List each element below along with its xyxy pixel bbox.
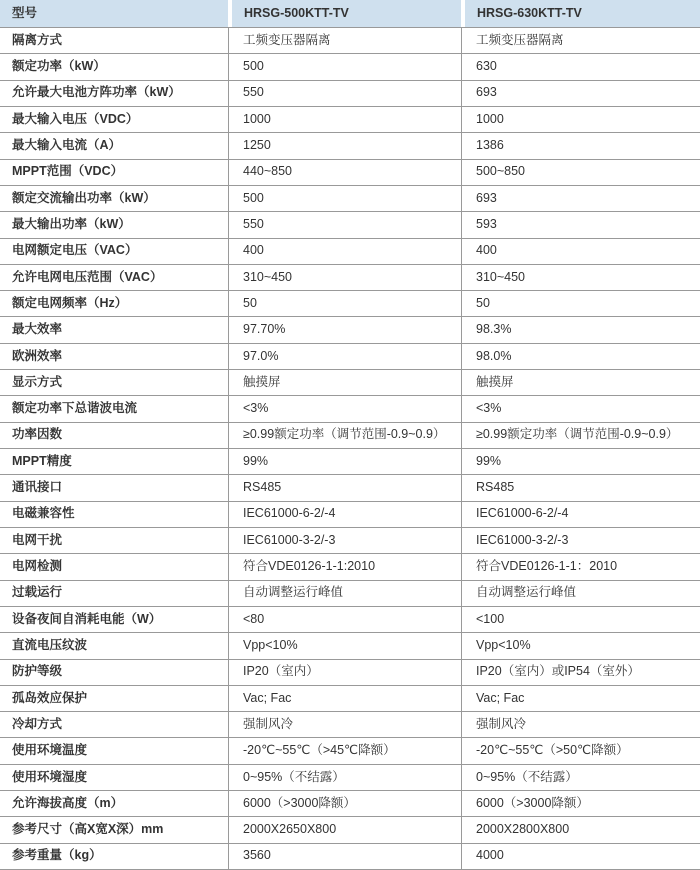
spec-value-630ktt: 693 (461, 81, 700, 106)
table-row: 欧洲效率 97.0% 98.0% (0, 344, 700, 370)
spec-label: 额定功率下总谐波电流 (0, 396, 228, 421)
spec-value-630ktt: 2000X2800X800 (461, 817, 700, 842)
spec-label: 直流电压纹波 (0, 633, 228, 658)
spec-sheet-page: 型号 HRSG-500KTT-TV HRSG-630KTT-TV 隔离方式 工频… (0, 0, 700, 870)
spec-label: 最大效率 (0, 317, 228, 342)
spec-value-630ktt: 98.0% (461, 344, 700, 369)
spec-value-500ktt: 2000X2650X800 (228, 817, 461, 842)
spec-value-500ktt: Vpp<10% (228, 633, 461, 658)
spec-label: 允许最大电池方阵功率（kW） (0, 81, 228, 106)
spec-value-500ktt: IEC61000-3-2/-3 (228, 528, 461, 553)
table-row: 直流电压纹波 Vpp<10% Vpp<10% (0, 633, 700, 659)
table-row: 防护等级 IP20（室内） IP20（室内）或IP54（室外） (0, 660, 700, 686)
table-row: 允许最大电池方阵功率（kW） 550 693 (0, 81, 700, 107)
spec-label: 参考重量（kg） (0, 844, 228, 869)
spec-value-500ktt: 310~450 (228, 265, 461, 290)
table-row: 允许电网电压范围（VAC） 310~450 310~450 (0, 265, 700, 291)
spec-value-630ktt: 1386 (461, 133, 700, 158)
spec-label: MPPT范围（VDC） (0, 160, 228, 185)
table-row: 参考重量（kg） 3560 4000 (0, 844, 700, 870)
spec-label: 防护等级 (0, 660, 228, 685)
table-row: 电网干扰 IEC61000-3-2/-3 IEC61000-3-2/-3 (0, 528, 700, 554)
spec-value-630ktt: 310~450 (461, 265, 700, 290)
spec-value-500ktt: 97.70% (228, 317, 461, 342)
spec-label: 最大输入电流（A） (0, 133, 228, 158)
spec-value-630ktt: 6000（>3000降额） (461, 791, 700, 816)
table-row: 孤岛效应保护 Vac; Fac Vac; Fac (0, 686, 700, 712)
table-row: 最大输入电压（VDC） 1000 1000 (0, 107, 700, 133)
table-body: 隔离方式 工频变压器隔离 工频变压器隔离 额定功率（kW） 500 630 允许… (0, 28, 700, 870)
spec-value-630ktt: <100 (461, 607, 700, 632)
table-row: 显示方式 触摸屏 触摸屏 (0, 370, 700, 396)
spec-label: 允许海拔高度（m） (0, 791, 228, 816)
spec-value-500ktt: 1250 (228, 133, 461, 158)
spec-label: 通讯接口 (0, 475, 228, 500)
spec-value-630ktt: Vpp<10% (461, 633, 700, 658)
spec-label: 使用环境温度 (0, 738, 228, 763)
spec-label: 设备夜间自消耗电能（W） (0, 607, 228, 632)
spec-value-500ktt: 1000 (228, 107, 461, 132)
spec-label: 允许电网电压范围（VAC） (0, 265, 228, 290)
spec-value-630ktt: IEC61000-3-2/-3 (461, 528, 700, 553)
spec-value-500ktt: RS485 (228, 475, 461, 500)
spec-value-500ktt: 50 (228, 291, 461, 316)
table-row: 最大输出功率（kW） 550 593 (0, 212, 700, 238)
table-row: 允许海拔高度（m） 6000（>3000降额） 6000（>3000降额） (0, 791, 700, 817)
table-row: 电网检测 符合VDE0126-1-1:2010 符合VDE0126-1-1：20… (0, 554, 700, 580)
spec-value-500ktt: 3560 (228, 844, 461, 869)
table-row: MPPT精度 99% 99% (0, 449, 700, 475)
spec-value-500ktt: 0~95%（不结露） (228, 765, 461, 790)
spec-value-500ktt: IP20（室内） (228, 660, 461, 685)
spec-value-630ktt: 0~95%（不结露） (461, 765, 700, 790)
table-row: 额定功率下总谐波电流 <3% <3% (0, 396, 700, 422)
spec-label: 使用环境湿度 (0, 765, 228, 790)
spec-value-630ktt: 693 (461, 186, 700, 211)
table-header-row: 型号 HRSG-500KTT-TV HRSG-630KTT-TV (0, 0, 700, 28)
spec-value-500ktt: <80 (228, 607, 461, 632)
spec-value-500ktt: -20℃~55℃（>45℃降额） (228, 738, 461, 763)
spec-value-500ktt: 自动调整运行峰值 (228, 581, 461, 606)
spec-value-630ktt: RS485 (461, 475, 700, 500)
spec-value-630ktt: 400 (461, 239, 700, 264)
spec-value-630ktt: 符合VDE0126-1-1：2010 (461, 554, 700, 579)
spec-label: MPPT精度 (0, 449, 228, 474)
spec-value-630ktt: -20℃~55℃（>50℃降额） (461, 738, 700, 763)
spec-label: 欧洲效率 (0, 344, 228, 369)
spec-value-500ktt: 550 (228, 212, 461, 237)
spec-value-500ktt: 97.0% (228, 344, 461, 369)
spec-label: 额定功率（kW） (0, 54, 228, 79)
spec-value-500ktt: 440~850 (228, 160, 461, 185)
table-row: 最大输入电流（A） 1250 1386 (0, 133, 700, 159)
spec-value-630ktt: 1000 (461, 107, 700, 132)
spec-value-630ktt: 4000 (461, 844, 700, 869)
spec-value-630ktt: 工频变压器隔离 (461, 28, 700, 53)
spec-value-500ktt: Vac; Fac (228, 686, 461, 711)
spec-label: 隔离方式 (0, 28, 228, 53)
spec-label: 过载运行 (0, 581, 228, 606)
spec-label: 电网额定电压（VAC） (0, 239, 228, 264)
table-row: 最大效率 97.70% 98.3% (0, 317, 700, 343)
spec-label: 参考尺寸（高X宽X深）mm (0, 817, 228, 842)
spec-value-630ktt: IP20（室内）或IP54（室外） (461, 660, 700, 685)
spec-value-630ktt: IEC61000-6-2/-4 (461, 502, 700, 527)
spec-value-630ktt: ≥0.99额定功率（调节范围-0.9~0.9） (461, 423, 700, 448)
spec-value-630ktt: 自动调整运行峰值 (461, 581, 700, 606)
spec-value-630ktt: 强制风冷 (461, 712, 700, 737)
spec-label: 功率因数 (0, 423, 228, 448)
table-row: 额定功率（kW） 500 630 (0, 54, 700, 80)
spec-label: 显示方式 (0, 370, 228, 395)
table-row: 设备夜间自消耗电能（W） <80 <100 (0, 607, 700, 633)
spec-label: 最大输出功率（kW） (0, 212, 228, 237)
header-model-label: 型号 (0, 0, 228, 27)
spec-value-500ktt: 500 (228, 186, 461, 211)
spec-label: 最大输入电压（VDC） (0, 107, 228, 132)
spec-value-630ktt: 50 (461, 291, 700, 316)
table-row: MPPT范围（VDC） 440~850 500~850 (0, 160, 700, 186)
spec-value-500ktt: 6000（>3000降额） (228, 791, 461, 816)
header-model-hrsg-500ktt-tv: HRSG-500KTT-TV (228, 0, 461, 27)
table-row: 使用环境温度 -20℃~55℃（>45℃降额） -20℃~55℃（>50℃降额） (0, 738, 700, 764)
spec-table: 型号 HRSG-500KTT-TV HRSG-630KTT-TV 隔离方式 工频… (0, 0, 700, 870)
spec-value-630ktt: <3% (461, 396, 700, 421)
spec-label: 电网检测 (0, 554, 228, 579)
spec-value-500ktt: 强制风冷 (228, 712, 461, 737)
table-row: 隔离方式 工频变压器隔离 工频变压器隔离 (0, 28, 700, 54)
table-row: 额定交流输出功率（kW） 500 693 (0, 186, 700, 212)
spec-value-500ktt: 符合VDE0126-1-1:2010 (228, 554, 461, 579)
table-row: 过载运行 自动调整运行峰值 自动调整运行峰值 (0, 581, 700, 607)
table-row: 额定电网频率（Hz） 50 50 (0, 291, 700, 317)
table-row: 通讯接口 RS485 RS485 (0, 475, 700, 501)
spec-label: 额定电网频率（Hz） (0, 291, 228, 316)
spec-label: 电磁兼容性 (0, 502, 228, 527)
spec-value-500ktt: ≥0.99额定功率（调节范围-0.9~0.9） (228, 423, 461, 448)
spec-label: 孤岛效应保护 (0, 686, 228, 711)
spec-value-500ktt: 99% (228, 449, 461, 474)
spec-value-630ktt: Vac; Fac (461, 686, 700, 711)
table-row: 电磁兼容性 IEC61000-6-2/-4 IEC61000-6-2/-4 (0, 502, 700, 528)
spec-value-630ktt: 593 (461, 212, 700, 237)
spec-value-500ktt: 500 (228, 54, 461, 79)
spec-value-500ktt: 触摸屏 (228, 370, 461, 395)
spec-value-630ktt: 触摸屏 (461, 370, 700, 395)
spec-label: 冷却方式 (0, 712, 228, 737)
table-row: 功率因数 ≥0.99额定功率（调节范围-0.9~0.9） ≥0.99额定功率（调… (0, 423, 700, 449)
spec-label: 额定交流输出功率（kW） (0, 186, 228, 211)
table-row: 参考尺寸（高X宽X深）mm 2000X2650X800 2000X2800X80… (0, 817, 700, 843)
table-row: 电网额定电压（VAC） 400 400 (0, 239, 700, 265)
spec-value-500ktt: 400 (228, 239, 461, 264)
spec-value-630ktt: 98.3% (461, 317, 700, 342)
spec-label: 电网干扰 (0, 528, 228, 553)
spec-value-630ktt: 99% (461, 449, 700, 474)
spec-value-500ktt: 工频变压器隔离 (228, 28, 461, 53)
spec-value-500ktt: <3% (228, 396, 461, 421)
table-row: 冷却方式 强制风冷 强制风冷 (0, 712, 700, 738)
spec-value-630ktt: 630 (461, 54, 700, 79)
header-model-hrsg-630ktt-tv: HRSG-630KTT-TV (461, 0, 700, 27)
spec-value-500ktt: IEC61000-6-2/-4 (228, 502, 461, 527)
spec-value-630ktt: 500~850 (461, 160, 700, 185)
spec-value-500ktt: 550 (228, 81, 461, 106)
table-row: 使用环境湿度 0~95%（不结露） 0~95%（不结露） (0, 765, 700, 791)
